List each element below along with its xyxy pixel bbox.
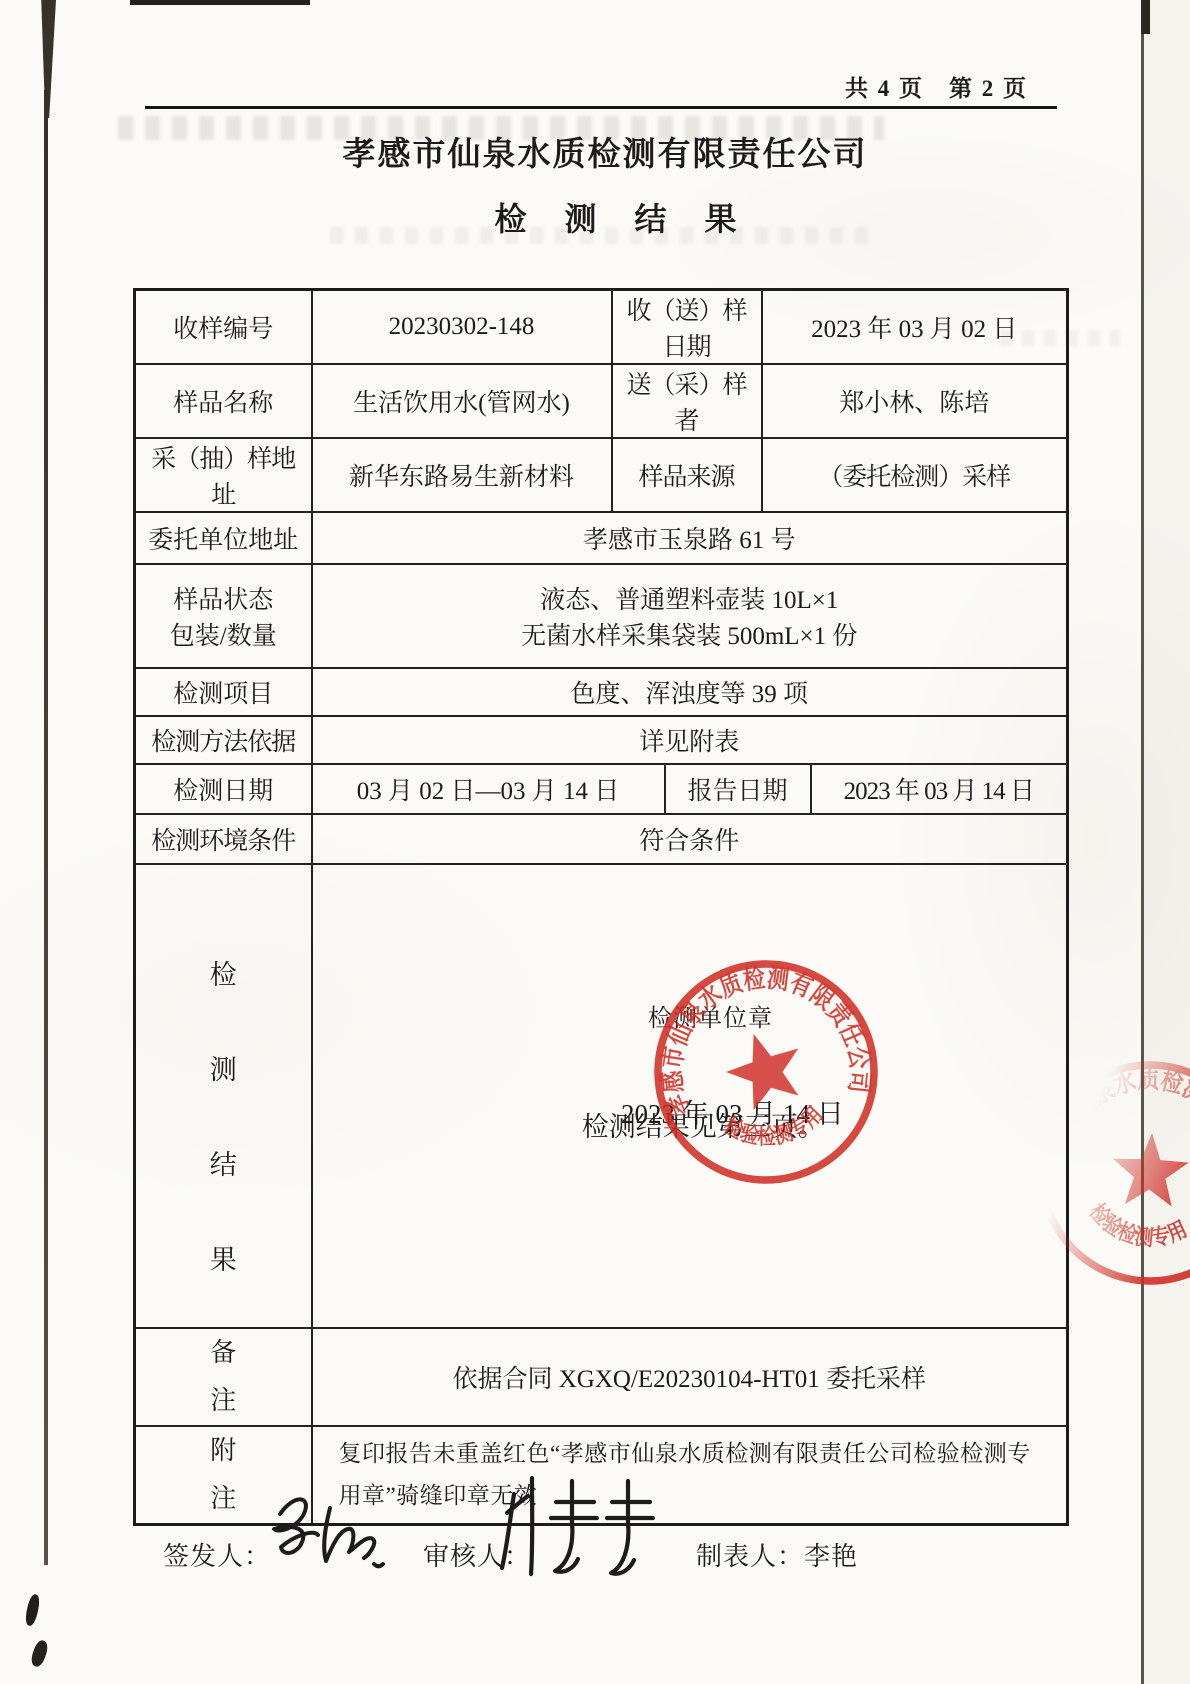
table-row: 收样编号 20230302-148 收（送）样日期 2023 年 03 月 02…	[135, 290, 1068, 365]
table-row: 样品状态 包装/数量 液态、普通塑料壶装 10L×1 无菌水样采集袋装 500m…	[135, 564, 1068, 668]
scanned-report-page: 共 4 页 第 2 页 孝感市仙泉水质检测有限责任公司 检测结果 收样编号 20…	[0, 0, 1190, 1684]
sampling-address-value: 新华东路易生新材料	[312, 438, 612, 512]
remark-label-char: 备	[210, 1329, 236, 1377]
table-row: 检测日期 03 月 02 日—03 月 14 日 报告日期 2023 年 03 …	[135, 764, 1068, 814]
receive-date-label: 收（送）样日期	[612, 290, 762, 365]
company-title: 孝感市仙泉水质检测有限责任公司	[10, 128, 1190, 175]
test-method-label: 检测方法依据	[135, 716, 312, 764]
remark-value: 依据合同 XGXQ/E20230104-HT01 委托采样	[312, 1328, 1068, 1426]
scan-artifact-right-shade	[1144, 0, 1190, 1684]
sampler-value: 郑小林、陈培	[762, 364, 1068, 438]
test-items-value: 色度、浑浊度等 39 项	[312, 668, 1068, 716]
sample-state-label-line2: 包装/数量	[140, 616, 307, 652]
note-label-char: 附	[210, 1427, 236, 1475]
sampling-address-label: 采（抽）样地址	[135, 438, 312, 512]
scan-artifact-left-line	[44, 90, 48, 1565]
sample-no-value: 20230302-148	[312, 290, 612, 365]
test-result-label-char: 检	[210, 928, 237, 1023]
test-result-label-char: 结	[210, 1118, 237, 1213]
test-date-value: 03 月 02 日—03 月 14 日	[312, 764, 665, 814]
table-row: 备 注 依据合同 XGXQ/E20230104-HT01 委托采样	[135, 1328, 1068, 1426]
remark-label: 备 注	[135, 1328, 312, 1426]
table-row: 检测环境条件 符合条件	[135, 814, 1068, 864]
test-result-label-char: 测	[210, 1023, 237, 1118]
header-rule	[145, 106, 1057, 109]
note-value: 复印报告未重盖红色“孝感市仙泉水质检测有限责任公司检验检测专用章”骑缝印章无效	[312, 1426, 1068, 1525]
remark-label-char: 注	[210, 1377, 236, 1425]
sample-name-label: 样品名称	[135, 364, 312, 438]
sample-source-label: 样品来源	[612, 438, 762, 512]
scan-artifact-blob	[29, 1639, 50, 1669]
seal-star-icon	[1110, 1131, 1190, 1207]
table-row: 采（抽）样地址 新华东路易生新材料 样品来源 （委托检测）采样	[135, 438, 1068, 512]
scan-artifact-left-wedge	[38, 0, 56, 118]
report-date-label: 报告日期	[665, 764, 811, 814]
report-info-table: 收样编号 20230302-148 收（送）样日期 2023 年 03 月 02…	[133, 288, 1069, 1526]
stamp-caption: 检测单位章	[648, 998, 773, 1033]
document-title: 检测结果	[30, 194, 1190, 240]
scan-artifact-right-line	[1141, 0, 1144, 1684]
sample-state-value-line2: 无菌水样采集袋装 500mL×1 份	[317, 616, 1063, 652]
test-result-label-char: 果	[210, 1213, 237, 1308]
table-row: 样品名称 生活饮用水(管网水) 送（采）样者 郑小林、陈培	[135, 364, 1068, 438]
issuer-signature	[258, 1484, 408, 1584]
stamp-date: 2023 年 03 月 14 日	[621, 1092, 844, 1131]
preparer-name: 李艳	[804, 1542, 858, 1571]
table-row: 委托单位地址 孝感市玉泉路 61 号	[135, 512, 1068, 564]
sample-no-label: 收样编号	[135, 290, 312, 365]
issuer-label: 签发人：	[163, 1536, 271, 1573]
sample-state-label-line1: 样品状态	[140, 580, 307, 616]
reviewer-signature	[490, 1466, 670, 1581]
test-method-value: 详见附表	[312, 716, 1068, 764]
table-row: 检测项目 色度、浑浊度等 39 项	[135, 668, 1068, 716]
preparer-group: 制表人：李艳	[696, 1536, 858, 1573]
scan-artifact-top-strip	[130, 0, 310, 5]
test-items-label: 检测项目	[135, 668, 312, 716]
test-env-label: 检测环境条件	[135, 814, 312, 864]
scan-artifact-right-top	[1141, 0, 1150, 34]
test-date-label: 检测日期	[135, 764, 312, 814]
report-date-value: 2023 年 03 月 14 日	[811, 764, 1068, 814]
table-row: 检 测 结 果 检测结果见第三页。	[135, 864, 1068, 1328]
sample-state-value-line1: 液态、普通塑料壶装 10L×1	[317, 580, 1063, 616]
preparer-label: 制表人：	[696, 1542, 804, 1571]
sample-name-value: 生活饮用水(管网水)	[312, 364, 612, 438]
note-label-char: 注	[210, 1475, 236, 1523]
svg-text:检验检测专用章: 检验检测专用章	[1080, 1141, 1190, 1261]
test-env-value: 符合条件	[312, 814, 1068, 864]
page-indicator: 共 4 页 第 2 页	[845, 70, 1028, 103]
sample-source-value: （委托检测）采样	[762, 438, 1068, 512]
seal-type-text: 检验检测专用章	[1080, 1141, 1190, 1261]
sampler-label: 送（采）样者	[612, 364, 762, 438]
scan-artifact-blob	[24, 1593, 41, 1627]
client-address-label: 委托单位地址	[135, 512, 312, 564]
table-row: 检测方法依据 详见附表	[135, 716, 1068, 764]
sample-state-value: 液态、普通塑料壶装 10L×1 无菌水样采集袋装 500mL×1 份	[312, 564, 1068, 668]
test-result-label: 检 测 结 果	[135, 864, 312, 1328]
receive-date-value: 2023 年 03 月 02 日	[762, 290, 1068, 365]
sample-state-label: 样品状态 包装/数量	[135, 564, 312, 668]
client-address-value: 孝感市玉泉路 61 号	[312, 512, 1068, 564]
